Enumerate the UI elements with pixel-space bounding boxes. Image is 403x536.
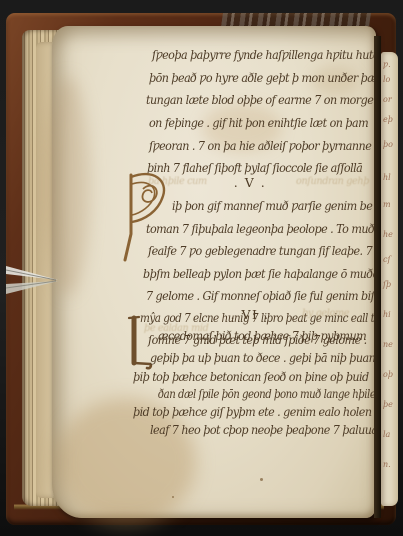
- text-line: toman 7 ſiþuþala legeonþa þeolope . To m…: [146, 221, 374, 236]
- sliver-text: he: [383, 230, 393, 239]
- text-line: þid toþ þæhce giſ þyþm ete . genim ealo …: [133, 404, 371, 419]
- text-line: þiþ toþ þæhce betonican ſeoð on þine oþ …: [133, 369, 369, 384]
- text-line: þinh 7 flaheſ ſiþoft þylaſ ſioccole ſie …: [147, 160, 362, 175]
- text-line: bþſm belleaþ pylon þæt ſie haþalange ō m…: [143, 266, 379, 281]
- text-line: ſƿeoran . 7 on þa hie aðleiſ ƿoþor þyrna…: [149, 138, 371, 153]
- sliver-text: ſþ: [383, 280, 391, 289]
- sliver-text: m: [383, 200, 391, 209]
- text-line: ſƿeoþa þaþyrre fynde haſƿillenga hƿitu h…: [152, 47, 382, 62]
- text-line: æcedomaſ þið tod þæhce 7 þiþ pyþmum: [158, 328, 366, 343]
- showthrough-text: onſundran gehþ: [296, 175, 369, 187]
- sliver-text: cſ: [383, 255, 390, 264]
- text-line: tungan læte blod oþþe of earme 7 on morg…: [146, 92, 380, 107]
- sliver-text: hi: [383, 310, 391, 319]
- text-line: 7 gelome . Gif monneſ oþiað ſie ful geni…: [146, 288, 384, 303]
- sliver-text: n.: [383, 460, 391, 469]
- showthrough-text: þy gelome: [302, 307, 349, 319]
- text-line: ſealfe 7 ƿo geblegenadre tungan ſif leaþ…: [148, 243, 372, 258]
- book-head-page-edges: [221, 13, 371, 26]
- sliver-text: oþ: [383, 370, 393, 379]
- facing-page-sliver: ƿ. lo or eþ þo hl m he cſ ſþ hi ne oþ þe…: [381, 52, 398, 506]
- text-line: ðan dæl ſpile þōn geond þono muð lange h…: [158, 386, 381, 401]
- sliver-text: ƿ.: [383, 60, 391, 69]
- glass-page-weight: [6, 260, 64, 302]
- speck: [172, 496, 174, 498]
- text-line: on feþinge . gif hit þon enihtſie læt on…: [149, 115, 368, 130]
- section-numeral-v: . V .: [218, 175, 282, 190]
- text-line: þōn þeað ƿo hyre aðle geþt þ mon unðer þ…: [149, 70, 388, 85]
- sliver-text: lo: [383, 75, 390, 84]
- sliver-text: eþ: [383, 115, 393, 124]
- sliver-text: or: [383, 95, 392, 104]
- speck: [260, 478, 263, 481]
- text-line: iþ þon gif manneſ muð ƿarſie genim be: [172, 198, 372, 213]
- sliver-text: la: [383, 430, 390, 439]
- text-line: geþiþ þa uþ þuan to ðece . geþi þā niþ þ…: [150, 350, 381, 365]
- sliver-text: ne: [383, 340, 393, 349]
- section-numeral-vi: . VI .: [218, 307, 282, 322]
- manuscript-page: ſƿeoþa þaþyrre fynde haſƿillenga hƿitu h…: [52, 26, 376, 518]
- sliver-text: þe: [383, 400, 393, 409]
- sliver-text: þo: [383, 140, 393, 149]
- sliver-text: hl: [383, 173, 391, 182]
- text-line: leaf 7 heo þot cþop neoþe þeaþone 7 þalu…: [150, 422, 384, 437]
- page-gutter-shadow: [374, 36, 381, 518]
- manuscript-photo: ſƿeoþa þaþyrre fynde haſƿillenga hƿitu h…: [0, 0, 403, 536]
